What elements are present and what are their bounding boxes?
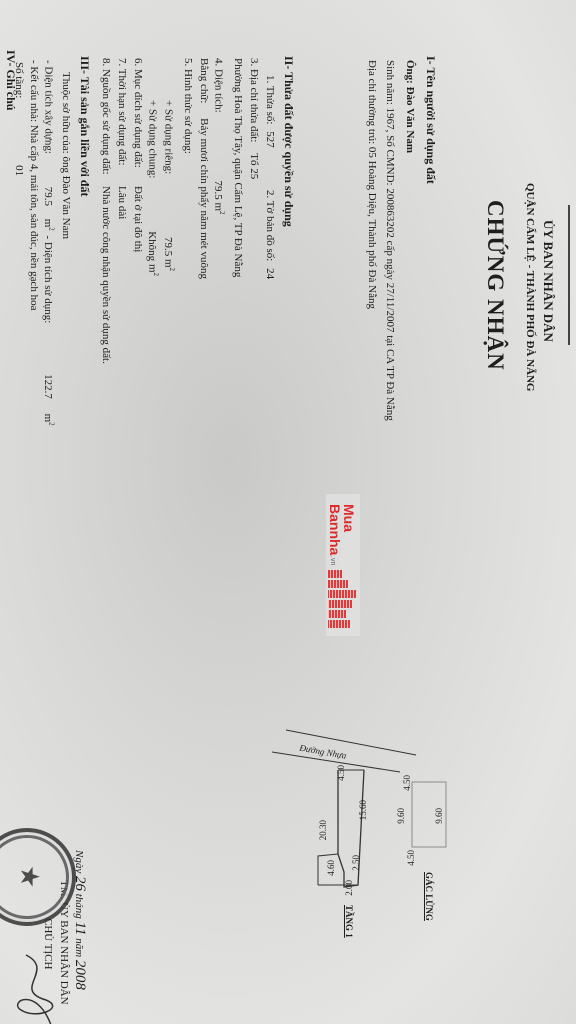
- mezzanine-label: GÁC LỬNG: [424, 872, 434, 921]
- mezz-depth-inner-label: 9.60: [434, 808, 444, 824]
- mezz-depth-label: 9.60: [396, 808, 406, 824]
- star-icon: ★: [14, 865, 44, 888]
- side-short-label: 15.60: [358, 800, 368, 820]
- step-width-label: 2.50: [351, 855, 361, 871]
- rear-width-label: 2.00: [344, 880, 354, 896]
- certificate-document: ỦY BAN NHÂN DÂN QUẬN CẨM LỆ - THÀNH PHỐ …: [0, 0, 576, 1024]
- side-long-label: 20.30: [318, 820, 328, 840]
- step-depth-label: 4.60: [326, 860, 336, 876]
- floor1-label: TẦNG 1: [344, 905, 354, 938]
- mezz-width-top-label: 4.50: [402, 775, 412, 791]
- signature-scribble: [6, 950, 66, 1024]
- mezz-width-bottom-label: 4.50: [406, 850, 416, 866]
- front-width-label: 4.50: [336, 765, 346, 781]
